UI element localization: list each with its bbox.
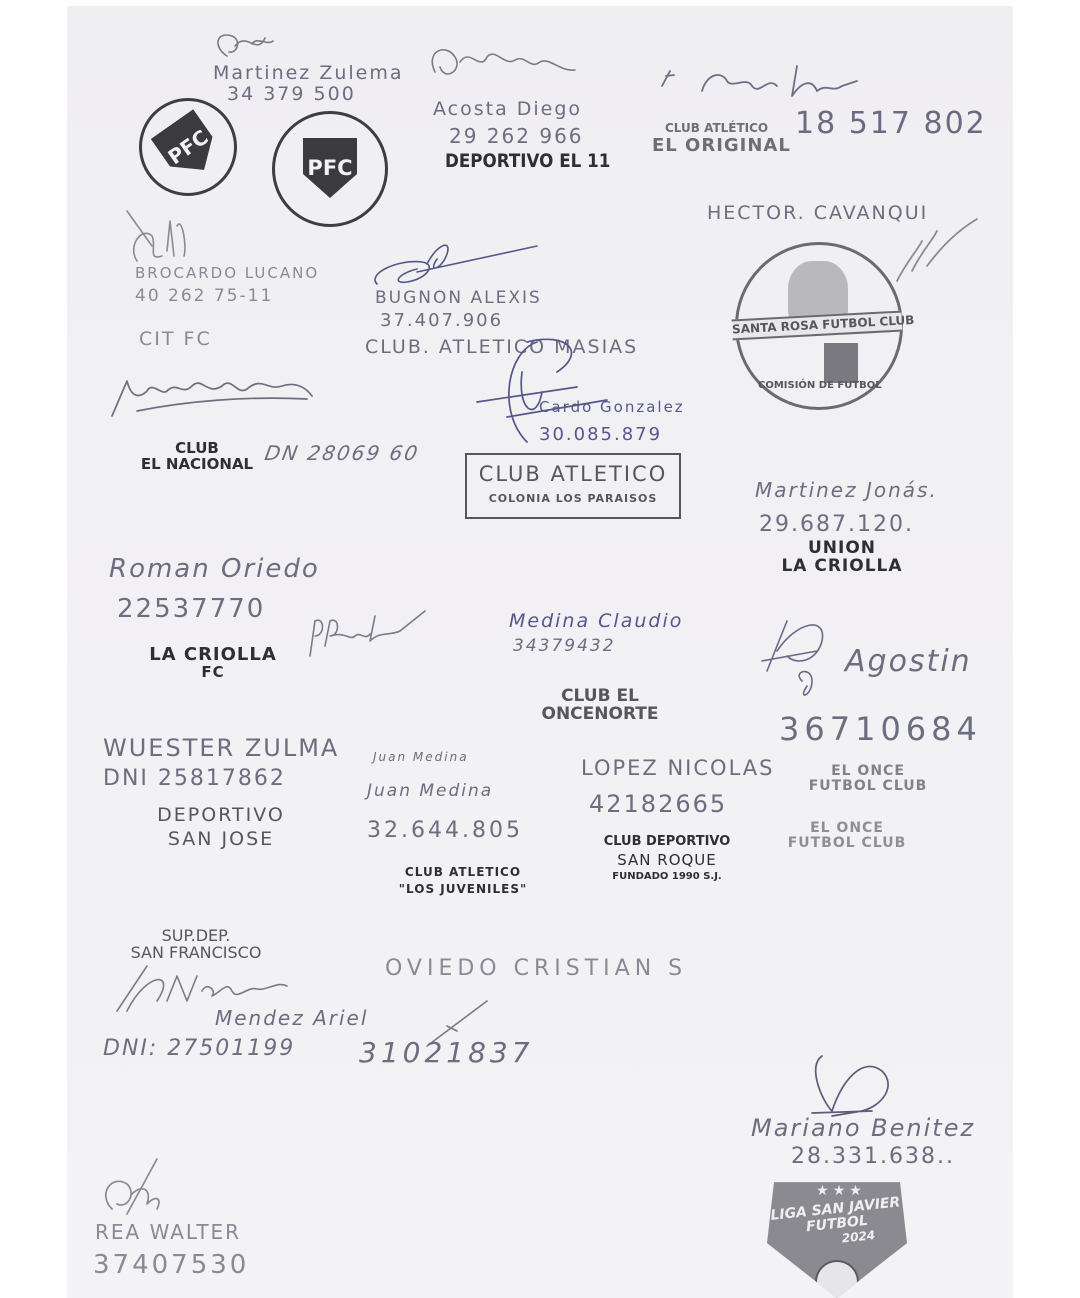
- dni-acosta: 29 262 966: [449, 124, 584, 148]
- name-rea: REA WALTER: [95, 1220, 241, 1244]
- club-los-juveniles-line2: "LOS JUVENILES": [383, 881, 543, 898]
- club-san-roque-line3: FUNDADO 1990 S.J.: [583, 870, 751, 883]
- signature-el-nacional: [107, 351, 317, 421]
- dni-wuester: DNI 25817862: [103, 766, 286, 791]
- name-acosta: Acosta Diego: [433, 98, 582, 120]
- name-gonzalez: Cardo Gonzalez: [539, 398, 685, 416]
- name-bugnon: BUGNON ALEXIS: [375, 288, 542, 308]
- dni-brocardo: 40 262 75-11: [135, 286, 273, 306]
- dni-benitez: 28.331.638..: [791, 1144, 955, 1169]
- signature-juan: Juan Medina: [373, 750, 469, 764]
- club-el-once-2: EL ONCE FUTBOL CLUB: [772, 821, 922, 850]
- dni-mendez: DNI: 27501199: [103, 1036, 295, 1061]
- dni-bugnon: 37.407.906: [380, 310, 503, 331]
- signature-acosta: [425, 42, 585, 87]
- club-deportivo-el-11: DEPORTIVO EL 11: [445, 152, 610, 172]
- club-colonia-line2: COLONIA LOS PARAISOS: [467, 493, 679, 505]
- club-el-once-2-line1: EL ONCE: [772, 821, 922, 836]
- name-juan-medina: Juan Medina: [367, 781, 493, 801]
- club-san-jose: DEPORTIVO SAN JOSE: [141, 804, 301, 852]
- dni-oviedo: 31021837: [359, 1036, 534, 1069]
- name-agostin: Agostin: [845, 644, 972, 679]
- name-martinez: Martinez Zulema: [213, 62, 404, 84]
- dni-martinez-jonas: 29.687.120.: [759, 512, 914, 537]
- club-los-juveniles-line1: CLUB ATLETICO: [383, 864, 543, 881]
- club-once-norte: CLUB EL ONCENORTE: [525, 688, 675, 724]
- club-los-juveniles: CLUB ATLETICO "LOS JUVENILES": [383, 864, 543, 898]
- soccer-ball-icon: [815, 1260, 859, 1298]
- club-el-original-line1: CLUB ATLÉTICO: [665, 122, 768, 135]
- signature-rea: [97, 1154, 177, 1219]
- club-el-nacional-line2: EL NACIONAL: [127, 457, 267, 473]
- club-el-once-1: EL ONCE FUTBOL CLUB: [793, 764, 943, 793]
- club-union-line2: LA CRIOLLA: [757, 558, 927, 576]
- colonia-los-paraisos-stamp: CLUB ATLETICO COLONIA LOS PARAISOS: [465, 453, 681, 519]
- dni-rea: 37407530: [93, 1250, 249, 1280]
- club-san-roque-line1: CLUB DEPORTIVO: [583, 834, 751, 851]
- signature-roman: [305, 606, 435, 666]
- signature-benitez: [802, 1051, 902, 1121]
- name-lopez: LOPEZ NICOLAS: [581, 756, 774, 780]
- club-el-original-line2: EL ORIGINAL: [652, 137, 791, 156]
- club-san-jose-line2: SAN JOSE: [141, 828, 301, 852]
- signature-bugnon: [367, 234, 547, 296]
- dni-martinez: 34 379 500: [227, 83, 356, 105]
- dni-gonzalez: 30.085.879: [539, 424, 662, 445]
- dni-el-nacional: DN 28069 60: [263, 441, 421, 465]
- liga-stamp-text: LIGA SAN JAVIER FUTBOL 2024: [765, 1195, 909, 1253]
- club-la-criolla-line2: FC: [133, 665, 293, 681]
- club-once-norte-line2: ONCENORTE: [525, 706, 675, 724]
- stars-icon: ★★★: [811, 1182, 871, 1199]
- name-oviedo: OVIEDO CRISTIAN S: [385, 956, 687, 981]
- club-san-jose-line1: DEPORTIVO: [141, 804, 301, 828]
- dni-medina-claudio: 34379432: [513, 636, 616, 656]
- santa-rosa-bottom: COMISIÓN DE FUTBOL: [758, 381, 878, 392]
- signature-sheet: Martinez Zulema 34 379 500 PFC PFC Acost…: [67, 6, 1013, 1298]
- signature-roque: [652, 61, 912, 111]
- pfc-shield-icon: PFC: [151, 109, 226, 185]
- club-san-francisco: SUP.DEP. SAN FRANCISCO: [121, 928, 271, 962]
- dni-lopez: 42182665: [589, 790, 727, 818]
- liga-san-javier-shield: ★★★ LIGA SAN JAVIER FUTBOL 2024: [767, 1176, 907, 1298]
- santa-rosa-stamp: SANTA ROSA FUTBOL CLUB COMISIÓN DE FUTBO…: [735, 242, 903, 410]
- name-medina-claudio: Medina Claudio: [509, 610, 683, 632]
- club-colonia-line1: CLUB ATLETICO: [467, 463, 679, 485]
- club-san-roque-line2: SAN ROQUE: [583, 851, 751, 871]
- club-el-nacional: CLUB EL NACIONAL: [127, 441, 267, 473]
- signature-agostin: [757, 611, 857, 711]
- club-union-la-criolla: UNION LA CRIOLLA: [757, 540, 927, 576]
- shield-half-icon: [824, 343, 858, 383]
- signature-martinez: [207, 26, 277, 66]
- name-roman: Roman Oriedo: [109, 554, 320, 584]
- name-mendez: Mendez Ariel: [215, 1006, 368, 1030]
- pfc-shield-icon: PFC: [303, 138, 357, 198]
- club-cit-fc: CIT FC: [139, 328, 212, 350]
- pfc-stamp-1: PFC: [139, 98, 237, 196]
- dni-agostin: 36710684: [779, 710, 982, 748]
- santa-rosa-band: SANTA ROSA FUTBOL CLUB: [732, 311, 903, 340]
- name-wuester: WUESTER ZULMA: [103, 734, 339, 762]
- name-martinez-jonas: Martinez Jonás.: [755, 478, 938, 502]
- dni-juan-medina: 32.644.805: [367, 818, 523, 843]
- club-el-once-2-line2: FUTBOL CLUB: [772, 836, 922, 851]
- pfc-stamp-2: PFC: [272, 111, 388, 227]
- name-brocardo: BROCARDO LUCANO: [135, 264, 319, 282]
- club-san-roque: CLUB DEPORTIVO SAN ROQUE FUNDADO 1990 S.…: [583, 834, 751, 883]
- club-el-once-1-line2: FUTBOL CLUB: [793, 779, 943, 794]
- name-benitez: Mariano Benitez: [751, 1114, 975, 1142]
- signature-cavanqui: [887, 211, 987, 291]
- dni-roman: 22537770: [117, 594, 265, 624]
- club-la-criolla-fc: LA CRIOLLA FC: [133, 646, 293, 681]
- club-san-francisco-line2: SAN FRANCISCO: [121, 945, 271, 962]
- dni-roque: 18 517 802: [795, 106, 987, 141]
- club-el-once-1-line1: EL ONCE: [793, 764, 943, 779]
